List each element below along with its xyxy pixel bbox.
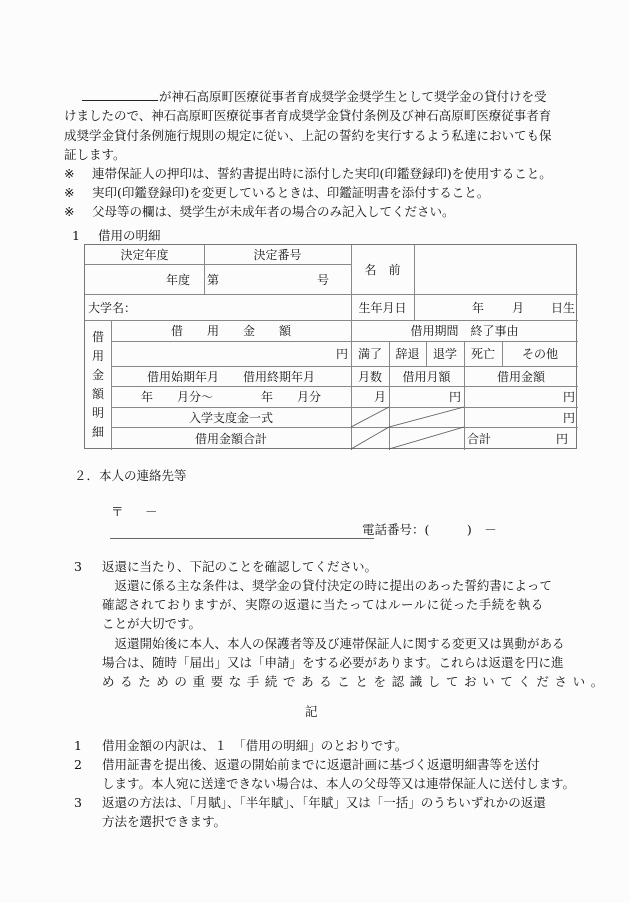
birth-year-unit: 年 — [472, 299, 484, 316]
intro-text: が神石高原町医療従事者育成奨学金奨学生として奨学金の貸付けを受 — [159, 89, 547, 104]
decision-year-header: 決定年度 — [85, 245, 204, 264]
postal-code-dash: － — [145, 502, 158, 522]
para1-line-1: 返還に係る主な条件は、奨学金の貸付決定の時に提出のあった誓約書によって — [102, 576, 552, 596]
note-1: ※連帯保証人の押印は、誓約書提出時に添付した実印(印鑑登録印)を使用すること。 — [64, 164, 552, 184]
intro-line-4: 証します。 — [64, 145, 126, 165]
record-number: 1 — [74, 736, 102, 756]
intro-line-3: 成奨学金貸付条例施行規則の規定に従い、上記の誓約を実行するよう私達においても保 — [64, 126, 552, 146]
section-title: 借用の明細 — [98, 228, 161, 243]
months-field[interactable]: 月 — [351, 386, 389, 407]
monthly-amount-field[interactable]: 円 — [389, 386, 464, 407]
end-reason-death[interactable]: 死亡 — [464, 341, 502, 366]
sum-field[interactable]: 円 — [464, 427, 578, 449]
note-text: 実印(印鑑登録印)を変更しているときは、印鑑証明書を添付すること。 — [92, 185, 489, 200]
decision-number-header: 決定番号 — [204, 245, 351, 264]
decision-number-field[interactable]: 号 — [234, 264, 351, 294]
loan-sum-label: 借用金額合計 — [111, 427, 351, 449]
start-end-header: 借用始期年月 借用終期年月 — [111, 366, 351, 386]
record-3: 3返還の方法は、「月賦」、「半年賦」、「年賦」又は「一括」のうちいずれかの返還 — [74, 793, 546, 813]
total-amount-header: 借用金額 — [464, 366, 578, 386]
period-end-reason-header: 借用期間 終了事由 — [351, 320, 578, 341]
phone-number-field[interactable]: 電話番号：( ) － — [362, 520, 497, 540]
section-1-heading: 1借用の明細 — [72, 226, 161, 246]
section-2-heading: ２．本人の連絡先等 — [74, 466, 187, 486]
ki-heading: 記 — [305, 702, 318, 722]
note-mark-icon: ※ — [64, 164, 92, 184]
note-3: ※父母等の欄は、奨学生が未成年者の場合のみ記入してください。 — [64, 202, 455, 222]
record-3-line-2: 方法を選択できます。 — [102, 812, 226, 832]
admission-fee-label: 入学支度金一式 — [111, 407, 351, 427]
record-number: 3 — [74, 793, 102, 813]
birthdate-label: 生年月日 — [351, 294, 414, 320]
birth-day-unit: 日生 — [551, 299, 575, 316]
section-number: 3 — [74, 557, 102, 577]
record-number: 2 — [74, 755, 102, 775]
para2-line-2: 場合は、随時「届出」又は「申請」をする必要があります。これらは返還を円に進 — [102, 653, 564, 673]
student-name-blank[interactable] — [82, 87, 158, 101]
record-2: 2借用証書を提出後、返還の開始前までに返還計画に基づく返還明細書等を送付 — [74, 755, 540, 775]
note-2: ※実印(印鑑登録印)を変更しているときは、印鑑証明書を添付すること。 — [64, 183, 489, 203]
record-text: 返還の方法は、「月賦」、「半年賦」、「年賦」又は「一括」のうちいずれかの返還 — [102, 795, 546, 810]
note-mark-icon: ※ — [64, 183, 92, 203]
birth-month-unit: 月 — [512, 299, 524, 316]
record-text: 借用証書を提出後、返還の開始前までに返還計画に基づく返還明細書等を送付 — [102, 757, 540, 772]
postal-mark: 〒 — [111, 502, 124, 522]
section-3-heading: 3返還に当たり、下記のことを確認してください。 — [74, 557, 377, 577]
record-1: 1借用金額の内訳は、１ 「借用の明細」のとおりです。 — [74, 736, 407, 756]
name-field[interactable] — [414, 245, 578, 294]
note-text: 父母等の欄は、奨学生が未成年者の場合のみ記入してください。 — [92, 204, 455, 219]
section-number: 1 — [72, 226, 98, 246]
decision-year-field[interactable]: 年度 — [85, 264, 204, 294]
decision-number-prefix: 第 — [204, 264, 234, 294]
section-title: 返還に当たり、下記のことを確認してください。 — [102, 559, 377, 574]
loan-amount-header: 借 用 金 額 — [111, 320, 351, 341]
end-reason-other[interactable]: その他 — [502, 341, 578, 366]
address-field-line[interactable] — [110, 538, 374, 539]
note-text: 連帯保証人の押印は、誓約書提出時に添付した実印(印鑑登録印)を使用すること。 — [92, 166, 552, 181]
para1-line-2: 確認されておりますが、実際の返還に当たってはルールに従った手続を執る — [102, 595, 544, 615]
para2-line-1: 返還開始後に本人、本人の保護者等及び連帯保証人に関する変更又は異動がある — [102, 634, 565, 654]
note-mark-icon: ※ — [64, 202, 92, 222]
university-field[interactable]: 大学名： — [85, 294, 351, 320]
end-reason-completed[interactable]: 満了 — [351, 341, 389, 366]
months-header: 月数 — [351, 366, 389, 386]
name-label: 名 前 — [351, 245, 414, 294]
para1-line-3: ことが大切です。 — [102, 614, 201, 634]
record-2-line-2: します。本人宛に送達できない場合は、本人の父母等又は連帯保証人に送付します。 — [102, 774, 575, 794]
end-reason-withdrawal[interactable]: 辞退 — [389, 341, 426, 366]
loan-amount-field[interactable]: 円 — [111, 341, 351, 366]
intro-line-1: が神石高原町医療従事者育成奨学金奨学生として奨学金の貸付けを受 — [82, 87, 547, 107]
record-text: 借用金額の内訳は、１ 「借用の明細」のとおりです。 — [102, 738, 407, 753]
intro-line-2: けましたので、神石高原町医療従事者育成奨学金貸付条例及び神石高原町医療従事者育 — [64, 106, 551, 126]
admission-fee-field[interactable]: 円 — [464, 407, 578, 427]
loan-amount-detail-label: 借 用 金 額 明 細 — [85, 320, 111, 450]
para2-line-3: めるための重要な手続であることを認識しておいてください。 — [102, 672, 609, 692]
loan-details-table: 決定年度 決定番号 名 前 年度 第 号 大学名： 生年月日 年 月 日生 借 … — [84, 244, 577, 449]
monthly-amount-header: 借用月額 — [389, 366, 464, 386]
end-reason-dropout[interactable]: 退学 — [426, 341, 464, 366]
birthdate-field[interactable]: 年 月 日生 — [414, 294, 578, 320]
loan-period-field[interactable]: 年 月分～ 年 月分 — [111, 386, 351, 407]
loan-total-field[interactable]: 円 — [464, 386, 578, 407]
